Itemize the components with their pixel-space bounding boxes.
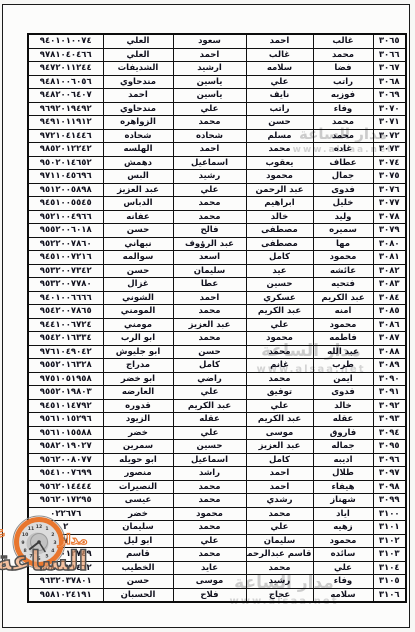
cell-serial: ٣٠٩٩ <box>373 494 406 508</box>
table-row: ٣٠٨٣فتحيهحسينعطاغزال٩٥٣٢٠٠٧٧٨٠ <box>28 278 406 292</box>
cell-name: سميره <box>313 224 373 238</box>
cell-grandfather: احمد <box>173 48 246 62</box>
cell-father: عبد الكريم <box>246 305 313 319</box>
cell-serial: ٣٠٧٨ <box>373 210 406 224</box>
cell-name: محمد <box>313 48 373 62</box>
table-row: ٣٠٨٠مهامصطفىعبد الرؤوفنبهاني٩٥٢٢٠٠٧٨٦٠ <box>28 237 406 251</box>
cell-name: طرب <box>313 359 373 373</box>
cell-name: محمد <box>313 116 373 130</box>
cell-grandfather: شحاده <box>173 129 246 143</box>
cell-name: عطاف <box>313 156 373 170</box>
cell-name: غالب <box>313 34 373 48</box>
cell-father: علي <box>246 521 313 535</box>
cell-family: قاسم <box>103 548 173 562</box>
cell-name: وفاء <box>313 102 373 116</box>
cell-serial: ٣٠٧١ <box>373 116 406 130</box>
table-row: ٣٠٨٦محمودعليعبد العزيزمومني٩٤٤١٠٠٦٧٢٤ <box>28 318 406 332</box>
scanned-page: { "page": { "background": "#fcfcfb", "fr… <box>0 0 415 632</box>
cell-name: امنه <box>313 305 373 319</box>
table-row: ٣٠٦٥غالباحمدسعودالعلي٩٤٠١٠١٠٠٧٤ <box>28 34 406 48</box>
cell-family: احمد <box>103 89 173 103</box>
cell-name: علي <box>313 561 373 575</box>
cell-serial: ٣٠٧٠ <box>373 102 406 116</box>
cell-name: وليد <box>313 210 373 224</box>
cell-father: غانم <box>246 359 313 373</box>
cell-serial: ٣٠٦٥ <box>373 34 406 48</box>
cell-father: راتب <box>246 102 313 116</box>
cell-grandfather: علي <box>173 426 246 440</box>
cell-name: راتب <box>313 75 373 89</box>
cell-father: محمود <box>246 332 313 346</box>
cell-name: خليل <box>313 197 373 211</box>
cell-serial: ٣١٠٤ <box>373 561 406 575</box>
cell-grandfather: محمد <box>173 332 246 346</box>
cell-grandfather: سعود <box>173 34 246 48</box>
table-row: ٣٠٦٨راتبعليياسينمندحاوي٩٤٨١٠٠٦٠٥٦ <box>28 75 406 89</box>
table-row: ٣٠٦٩فوزيهنايفياسيناحمد٩٤٨٢٠٠٦٤٠٧ <box>28 89 406 103</box>
cell-serial: ٣٠٨٨ <box>373 345 406 359</box>
cell-name: هيفاء <box>313 480 373 494</box>
cell-name: عقله <box>313 413 373 427</box>
cell-grandfather: سليمان <box>173 264 246 278</box>
cell-grandfather: محمد <box>173 210 246 224</box>
cell-grandfather: احمد <box>173 291 246 305</box>
cell-serial: ٣٠٩٤ <box>373 426 406 440</box>
cell-phone: ٩٧٥١٠٥١٩٥٨ <box>28 372 103 386</box>
cell-grandfather: عطا <box>173 278 246 292</box>
table-row: ٣٠٧٨وليدخالدمحمدعفانه٩٥٢١٠٠٤٩٦٦ <box>28 210 406 224</box>
cell-grandfather: حسن <box>173 345 246 359</box>
table-row: ٣٠٧٥جمالمحمودرشيدالبس٩٧١١٠٤٥٦٩٦ <box>28 170 406 184</box>
cell-phone: ٩٧١١٠٤٥٦٩٦ <box>28 170 103 184</box>
cell-family: مندحاوي <box>103 102 173 116</box>
cell-family: العلي <box>103 34 173 48</box>
cell-name: فضا <box>313 62 373 76</box>
cell-phone: ٩٤٤١٠٠٦٧٢٤ <box>28 318 103 332</box>
cell-grandfather: عقله <box>173 413 246 427</box>
cell-phone: ٩٥٦١٠١٥٢٩٦ <box>28 413 103 427</box>
cell-phone: ٩٥١٢٠٠٥٨٩٨ <box>28 183 103 197</box>
cell-family: مدراج <box>103 359 173 373</box>
cell-father: رشيد <box>246 575 313 589</box>
cell-name: وفاء <box>313 575 373 589</box>
cell-phone: ٩٥٥٢٠٠٦٠١٨ <box>28 224 103 238</box>
cell-name: عائشه <box>313 264 373 278</box>
cell-family: الشوني <box>103 291 173 305</box>
cell-father: محمد <box>246 143 313 157</box>
cell-family: سمرين <box>103 440 173 454</box>
cell-father: ابراهيم <box>246 197 313 211</box>
cell-grandfather: محمد <box>173 305 246 319</box>
cell-phone: ٩٤٠١٠١٠٠٧٤ <box>28 34 103 48</box>
cell-phone: ٢ <box>28 521 103 535</box>
cell-serial: ٣٠٨٤ <box>373 291 406 305</box>
cell-family: الخطيب <box>103 561 173 575</box>
cell-family: الدباس <box>103 197 173 211</box>
table-row: ٣٠٨٥امنهعبد الكريممحمدالمومني٩٥٤٢٠٠٧٨٦٥ <box>28 305 406 319</box>
cell-father: توفيق <box>246 386 313 400</box>
voter-roster-table: ٣٠٦٥غالباحمدسعودالعلي٩٤٠١٠١٠٠٧٤٣٠٦٦محمدغ… <box>27 33 407 603</box>
cell-family: البس <box>103 170 173 184</box>
cell-name: فاطمه <box>313 332 373 346</box>
cell-family: سوالمه <box>103 251 173 265</box>
cell-grandfather: محمد <box>173 548 246 562</box>
cell-grandfather: علي <box>173 102 246 116</box>
cell-phone: ٩٤٥١٠١٤٧٩٢ <box>28 399 103 413</box>
cell-family: قدوره <box>103 399 173 413</box>
cell-grandfather: موسى <box>173 575 246 589</box>
cell-phone: ٩٥٤٢٠١٦٣٣٤ <box>28 332 103 346</box>
cell-serial: ٣٠٧٥ <box>373 170 406 184</box>
cell-serial: ٣٠٨٠ <box>373 237 406 251</box>
cell-family: الهلسه <box>103 143 173 157</box>
cell-phone: ٩٨٥٢٠١٢٢٤٢ <box>28 143 103 157</box>
table-row: ٣٠٩٤فاروقموسىعليخضر٩٥٦١٠١٥٥٨٨ <box>28 426 406 440</box>
cell-grandfather: اسماعيل <box>173 156 246 170</box>
cell-family: ابو الرب <box>103 332 173 346</box>
cell-serial: ٣١٠٥ <box>373 575 406 589</box>
cell-name: فتحيه <box>313 278 373 292</box>
cell-father: محمد <box>246 507 313 521</box>
cell-name: محمود <box>313 251 373 265</box>
cell-name: فاروق <box>313 426 373 440</box>
table-row: ٣٠٨٨عبد اللهمحمدحسنابو جليوش٩٧٦١٠٤٩٠٤٢ <box>28 345 406 359</box>
cell-phone: ٩٥٢١٠٠٤٩٦٦ <box>28 210 103 224</box>
cell-grandfather: اسعد <box>173 251 246 265</box>
cell-serial: ٣٠٩٣ <box>373 413 406 427</box>
cell-father: محمد <box>246 372 313 386</box>
cell-phone: ٩٥٠٢٠١٤٦٥٢ <box>28 156 103 170</box>
cell-name: جمال <box>313 170 373 184</box>
cell-family: العلي <box>103 48 173 62</box>
cell-serial: ٣٠٨٢ <box>373 264 406 278</box>
cell-family: عيسى <box>103 494 173 508</box>
cell-serial: ٣٠٩٨ <box>373 480 406 494</box>
table-row: ٣٠٩٩شهنازرشديمحمدعيسى٩٥٦٢٠١٧٢٩٥ <box>28 494 406 508</box>
table-row: ٣٠٧٠وفاءراتبعليمندحاوي٩٦٩٢٠١٩٤٩٢ <box>28 102 406 116</box>
cell-phone: ٩٥٢٢٠٠٧٨٦٠ <box>28 237 103 251</box>
cell-phone: ٩٥٦٢٠١٤٤٤٤ <box>28 480 103 494</box>
cell-father: مصطفى <box>246 224 313 238</box>
cell-name: طلال <box>313 467 373 481</box>
cell-serial: ٣١٠٦ <box>373 588 406 602</box>
table-row: ٣٠٧٣غادهمحمداحمدالهلسه٩٨٥٢٠١٢٢٤٢ <box>28 143 406 157</box>
table-row: ٣٠٧١محمدحسنمحمدالزواهره٩٤٩١٠١١٩١٢ <box>28 116 406 130</box>
cell-family: حسن <box>103 575 173 589</box>
cell-name: غاده <box>313 143 373 157</box>
cell-serial: ٣٠٦٧ <box>373 62 406 76</box>
cell-family: العارضه <box>103 386 173 400</box>
table-row: ٣٠٩٢خالدعليعبد الكريمقدوره٩٤٥١٠١٤٧٩٢ <box>28 399 406 413</box>
cell-name: سلامه <box>313 588 373 602</box>
cell-grandfather: محمد <box>173 480 246 494</box>
cell-phone: ٩٤٥١٠٠٧٢١٦ <box>28 251 103 265</box>
table-row: ٣٠٧٧خليلابراهيممحمدالدباس٩٤٥١٠٠٥٥٤٥ <box>28 197 406 211</box>
cell-phone: ٩٥٦١٠١٥٥٨٨ <box>28 426 103 440</box>
table-row: ٣٠٦٦محمدغالباحمدالعلي٩٧٨١٠٤٠٤٦٦ <box>28 48 406 62</box>
table-row: ٣٠٩٧طلالاحمدراشدمنصور٩٥٤١٠٠٧٦٩٩ <box>28 467 406 481</box>
cell-family: الحسبان <box>103 588 173 602</box>
cell-phone: ٠٢٢٦٧٦ <box>28 507 103 521</box>
cell-father: عسكري <box>246 291 313 305</box>
cell-family: ابو جليوش <box>103 345 173 359</box>
cell-grandfather: محمد <box>173 116 246 130</box>
cell-serial: ٣٠٨١ <box>373 251 406 265</box>
cell-father: عبد الرحمن <box>246 183 313 197</box>
cell-father: سلامه <box>246 62 313 76</box>
cell-serial: ٣٠٨٦ <box>373 318 406 332</box>
table-row: ٣١٠٥وفاءرشيدموسىحسن٩٦٣٢٠٣٧٨٠١ <box>28 575 406 589</box>
table-row: ٣٠٩٨هيفاءاحمدمحمدالنصيرات٩٥٦٢٠١٤٤٤٤ <box>28 480 406 494</box>
cell-serial: ٣٠٩٢ <box>373 399 406 413</box>
cell-family: ابو حويله <box>103 453 173 467</box>
cell-grandfather: عبد العزيز <box>173 318 246 332</box>
table-row: ٣٠٨٤عبد الكريمعسكرياحمدالشوني٩٤٠١٠٠٦٦٦٦ <box>28 291 406 305</box>
cell-serial: ٣٠٦٩ <box>373 89 406 103</box>
cell-grandfather: عايد <box>173 561 246 575</box>
cell-serial: ٣٠٨٣ <box>373 278 406 292</box>
cell-phone: ٧ <box>28 534 103 548</box>
cell-phone: ٩٤٩١٠١١٩١٢ <box>28 116 103 130</box>
cell-serial: ٣٠٦٦ <box>373 48 406 62</box>
cell-father: عبد العزيز <box>246 440 313 454</box>
cell-grandfather: ياسين <box>173 89 246 103</box>
cell-phone: ٩٥٨١٠٢٤١٩١ <box>28 588 103 602</box>
cell-father: حسين <box>246 278 313 292</box>
cell-grandfather: كامل <box>173 359 246 373</box>
cell-phone: ٩٦٣٢٠٣٧٨٠١ <box>28 575 103 589</box>
cell-father: نايف <box>246 89 313 103</box>
cell-name: ايمن <box>313 372 373 386</box>
cell-grandfather: فالح <box>173 224 246 238</box>
table-row: ٣٠٨٧فاطمهمحمودمحمدابو الرب٩٥٤٢٠١٦٣٣٤ <box>28 332 406 346</box>
table-row: ٣٠٧٩سميرهمصطفىفالححسن٩٥٥٢٠٠٦٠١٨ <box>28 224 406 238</box>
cell-family: شحاده <box>103 129 173 143</box>
cell-phone: ٩٧٦١٠٤٩٠٤٢ <box>28 345 103 359</box>
cell-name: اياد <box>313 507 373 521</box>
cell-phone: ٩٤٧٢٠١١٢٤٤ <box>28 62 103 76</box>
cell-family: مندحاوي <box>103 75 173 89</box>
cell-serial: ٣٠٩١ <box>373 386 406 400</box>
cell-name: محمود <box>313 318 373 332</box>
table-row: ٣١٠٣سائدهقاسم عبدالرحمنمحمدقاسم٩٥٧٢٠١٢٧٤… <box>28 548 406 562</box>
cell-family: ابو خضر <box>103 372 173 386</box>
cell-name: محمود <box>313 534 373 548</box>
table-row: ٣٠٦٧فضاسلامهارشيدالشديفات٩٤٧٢٠١١٢٤٤ <box>28 62 406 76</box>
cell-grandfather: عبد الرؤوف <box>173 237 246 251</box>
cell-father: علي <box>246 318 313 332</box>
cell-grandfather: حسين <box>173 440 246 454</box>
cell-phone: ٩٤٨١٠٠٦٠٥٦ <box>28 75 103 89</box>
cell-family: عبد العزيز <box>103 183 173 197</box>
cell-phone: ٩٧٨١٠٤٠٤٦٦ <box>28 48 103 62</box>
cell-grandfather: راشد <box>173 467 246 481</box>
cell-grandfather: علي <box>173 534 246 548</box>
table-row: ٣٠٧٦فدوىعبد الرحمنعليعبد العزيز٩٥١٢٠٠٥٨٩… <box>28 183 406 197</box>
cell-grandfather: محمد <box>173 521 246 535</box>
cell-name: جماله <box>313 440 373 454</box>
cell-name: سائده <box>313 548 373 562</box>
cell-father: مسلم <box>246 129 313 143</box>
cell-father: احمد <box>246 480 313 494</box>
cell-grandfather: محمود <box>173 507 246 521</box>
cell-phone: ٩٥٦٢٠١٧٢٩٥ <box>28 494 103 508</box>
cell-grandfather: احمد <box>173 143 246 157</box>
cell-name: شهناز <box>313 494 373 508</box>
cell-father: غالب <box>246 48 313 62</box>
cell-father: كامل <box>246 453 313 467</box>
cell-name: زهيه <box>313 521 373 535</box>
cell-serial: ٣٠٦٨ <box>373 75 406 89</box>
cell-phone: ٩٤٨٢٠٠٦٤٠٧ <box>28 89 103 103</box>
cell-grandfather: رشيد <box>173 170 246 184</box>
cell-name: فوزيه <box>313 89 373 103</box>
cell-family: الزيود <box>103 413 173 427</box>
cell-father: يعقوب <box>246 156 313 170</box>
cell-grandfather: محمد <box>173 197 246 211</box>
cell-phone: ٩٥٤١٠٠٧٦٩٩ <box>28 467 103 481</box>
cell-phone: ٩٦٩٢٠١٩٤٩٢ <box>28 102 103 116</box>
cell-name: خالد <box>313 399 373 413</box>
cell-family: حسن <box>103 264 173 278</box>
cell-phone: ٩٥٥٢٠١٩٨٠٣ <box>28 386 103 400</box>
cell-phone: ٩٥٨١٠٢١٤٦٢ <box>28 561 103 575</box>
cell-serial: ٣٠٧٧ <box>373 197 406 211</box>
table-row: ٣٠٩٣عقلهعبد الكريمعقلهالزيود٩٥٦١٠١٥٢٩٦ <box>28 413 406 427</box>
cell-family: دهمش <box>103 156 173 170</box>
cell-father: عبد الكريم <box>246 413 313 427</box>
cell-serial: ٣٠٧٦ <box>373 183 406 197</box>
table-row: ٣٠٧٢محمدمسلمشحادهشحاده٩٧٢١٠٤١٤٤٦ <box>28 129 406 143</box>
cell-name: عبد الكريم <box>313 291 373 305</box>
cell-grandfather: فلاح <box>173 588 246 602</box>
cell-father: محمد <box>246 561 313 575</box>
cell-family: المومني <box>103 305 173 319</box>
cell-family: مومني <box>103 318 173 332</box>
cell-father: علي <box>246 75 313 89</box>
cell-father: رشدي <box>246 494 313 508</box>
cell-father: كامل <box>246 251 313 265</box>
cell-serial: ٣٠٨٥ <box>373 305 406 319</box>
table-row: ٣٠٨٩طربغانمكاملمدراج٩٥٥٢٠١٦٣٢٨ <box>28 359 406 373</box>
cell-phone: ٩٥٦٢٠٠٨٠٧٧ <box>28 453 103 467</box>
cell-phone: ٩٥٣٢٠٠٧٣٤٢ <box>28 264 103 278</box>
table-row: ٣٠٨١محمودكاملاسعدسوالمه٩٤٥١٠٠٧٢١٦ <box>28 251 406 265</box>
cell-serial: ٣٠٨٩ <box>373 359 406 373</box>
cell-grandfather: اسماعيل <box>173 453 246 467</box>
cell-name: فدوى <box>313 183 373 197</box>
cell-phone: ٩٥٧٢٠١٢٧٤٩ <box>28 548 103 562</box>
cell-grandfather: محمد <box>173 494 246 508</box>
cell-phone: ٩٥٨٢٠١٩٠٢٧ <box>28 440 103 454</box>
cell-name: فدوى <box>313 386 373 400</box>
cell-father: موسى <box>246 426 313 440</box>
cell-serial: ٣١٠٢ <box>373 534 406 548</box>
cell-family: خضر <box>103 507 173 521</box>
cell-family: غزال <box>103 278 173 292</box>
cell-serial: ٣٠٧٢ <box>373 129 406 143</box>
cell-phone: ٩٤٥١٠٠٥٥٤٥ <box>28 197 103 211</box>
cell-father: احمد <box>246 467 313 481</box>
cell-father: عجاج <box>246 588 313 602</box>
table-row: ٣٠٨٢عائشهعيدسليمانحسن٩٥٣٢٠٠٧٣٤٢ <box>28 264 406 278</box>
cell-phone: ٩٥٣٢٠٠٧٧٨٠ <box>28 278 103 292</box>
table-row: ٣١٠٢محمودسليمانعليابو ليل٧ <box>28 534 406 548</box>
cell-father: عيد <box>246 264 313 278</box>
cell-serial: ٣٠٨٧ <box>373 332 406 346</box>
table-row: ٣١٠٤عليمحمدعايدالخطيب٩٥٨١٠٢١٤٦٢ <box>28 561 406 575</box>
cell-father: حسن <box>246 116 313 130</box>
cell-grandfather: علي <box>173 183 246 197</box>
cell-serial: ٣٠٧٣ <box>373 143 406 157</box>
cell-father: علي <box>246 399 313 413</box>
table-row: ٣١٠١زهيهعليمحمدسليمان٢ <box>28 521 406 535</box>
cell-serial: ٣١٠٣ <box>373 548 406 562</box>
cell-grandfather: راضي <box>173 372 246 386</box>
table-row: ٣١٠٠ايادمحمدمحمودخضر٠٢٢٦٧٦ <box>28 507 406 521</box>
cell-family: سليمان <box>103 521 173 535</box>
cell-serial: ٣٠٩٧ <box>373 467 406 481</box>
table-row: ٣١٠٦سلامهعجاجفلاحالحسبان٩٥٨١٠٢٤١٩١ <box>28 588 406 602</box>
table-row: ٣٠٩٥جمالهعبد العزيزحسينسمرين٩٥٨٢٠١٩٠٢٧ <box>28 440 406 454</box>
cell-father: خالد <box>246 210 313 224</box>
cell-grandfather: ياسين <box>173 75 246 89</box>
cell-family: الشديفات <box>103 62 173 76</box>
cell-father: محمود <box>246 170 313 184</box>
cell-serial: ٣٠٧٩ <box>373 224 406 238</box>
cell-serial: ٣٠٩٦ <box>373 453 406 467</box>
cell-family: عفانه <box>103 210 173 224</box>
cell-father: مصطفى <box>246 237 313 251</box>
cell-name: مها <box>313 237 373 251</box>
cell-name: عبد الله <box>313 345 373 359</box>
cell-name: محمد <box>313 129 373 143</box>
cell-father: قاسم عبدالرحمن <box>246 548 313 562</box>
cell-grandfather: ارشيد <box>173 62 246 76</box>
table-row: ٣٠٩١فدوىتوفيقعليالعارضه٩٥٥٢٠١٩٨٠٣ <box>28 386 406 400</box>
cell-father: احمد <box>246 34 313 48</box>
cell-serial: ٣١٠٠ <box>373 507 406 521</box>
cell-family: الزواهره <box>103 116 173 130</box>
cell-family: منصور <box>103 467 173 481</box>
table-row: ٣٠٩٦اديبهكاملاسماعيلابو حويله٩٥٦٢٠٠٨٠٧٧ <box>28 453 406 467</box>
cell-family: خضر <box>103 426 173 440</box>
cell-family: النصيرات <box>103 480 173 494</box>
cell-serial: ٣٠٩٥ <box>373 440 406 454</box>
cell-serial: ٣٠٧٤ <box>373 156 406 170</box>
cell-family: ابو ليل <box>103 534 173 548</box>
table-row: ٣٠٧٤عطافيعقوباسماعيلدهمش٩٥٠٢٠١٤٦٥٢ <box>28 156 406 170</box>
cell-family: حسن <box>103 224 173 238</box>
cell-phone: ٩٥٤٢٠٠٧٨٦٥ <box>28 305 103 319</box>
cell-serial: ٣٠٩٠ <box>373 372 406 386</box>
table-row: ٣٠٩٠ايمنمحمدراضيابو خضر٩٧٥١٠٥١٩٥٨ <box>28 372 406 386</box>
cell-phone: ٩٥٥٢٠١٦٣٢٨ <box>28 359 103 373</box>
cell-phone: ٩٤٠١٠٠٦٦٦٦ <box>28 291 103 305</box>
cell-father: محمد <box>246 345 313 359</box>
cell-family: نبهاني <box>103 237 173 251</box>
cell-grandfather: عبد الكريم <box>173 399 246 413</box>
cell-name: اديبه <box>313 453 373 467</box>
cell-serial: ٣١٠١ <box>373 521 406 535</box>
cell-grandfather: علي <box>173 386 246 400</box>
cell-phone: ٩٧٢١٠٤١٤٤٦ <box>28 129 103 143</box>
cell-father: سليمان <box>246 534 313 548</box>
